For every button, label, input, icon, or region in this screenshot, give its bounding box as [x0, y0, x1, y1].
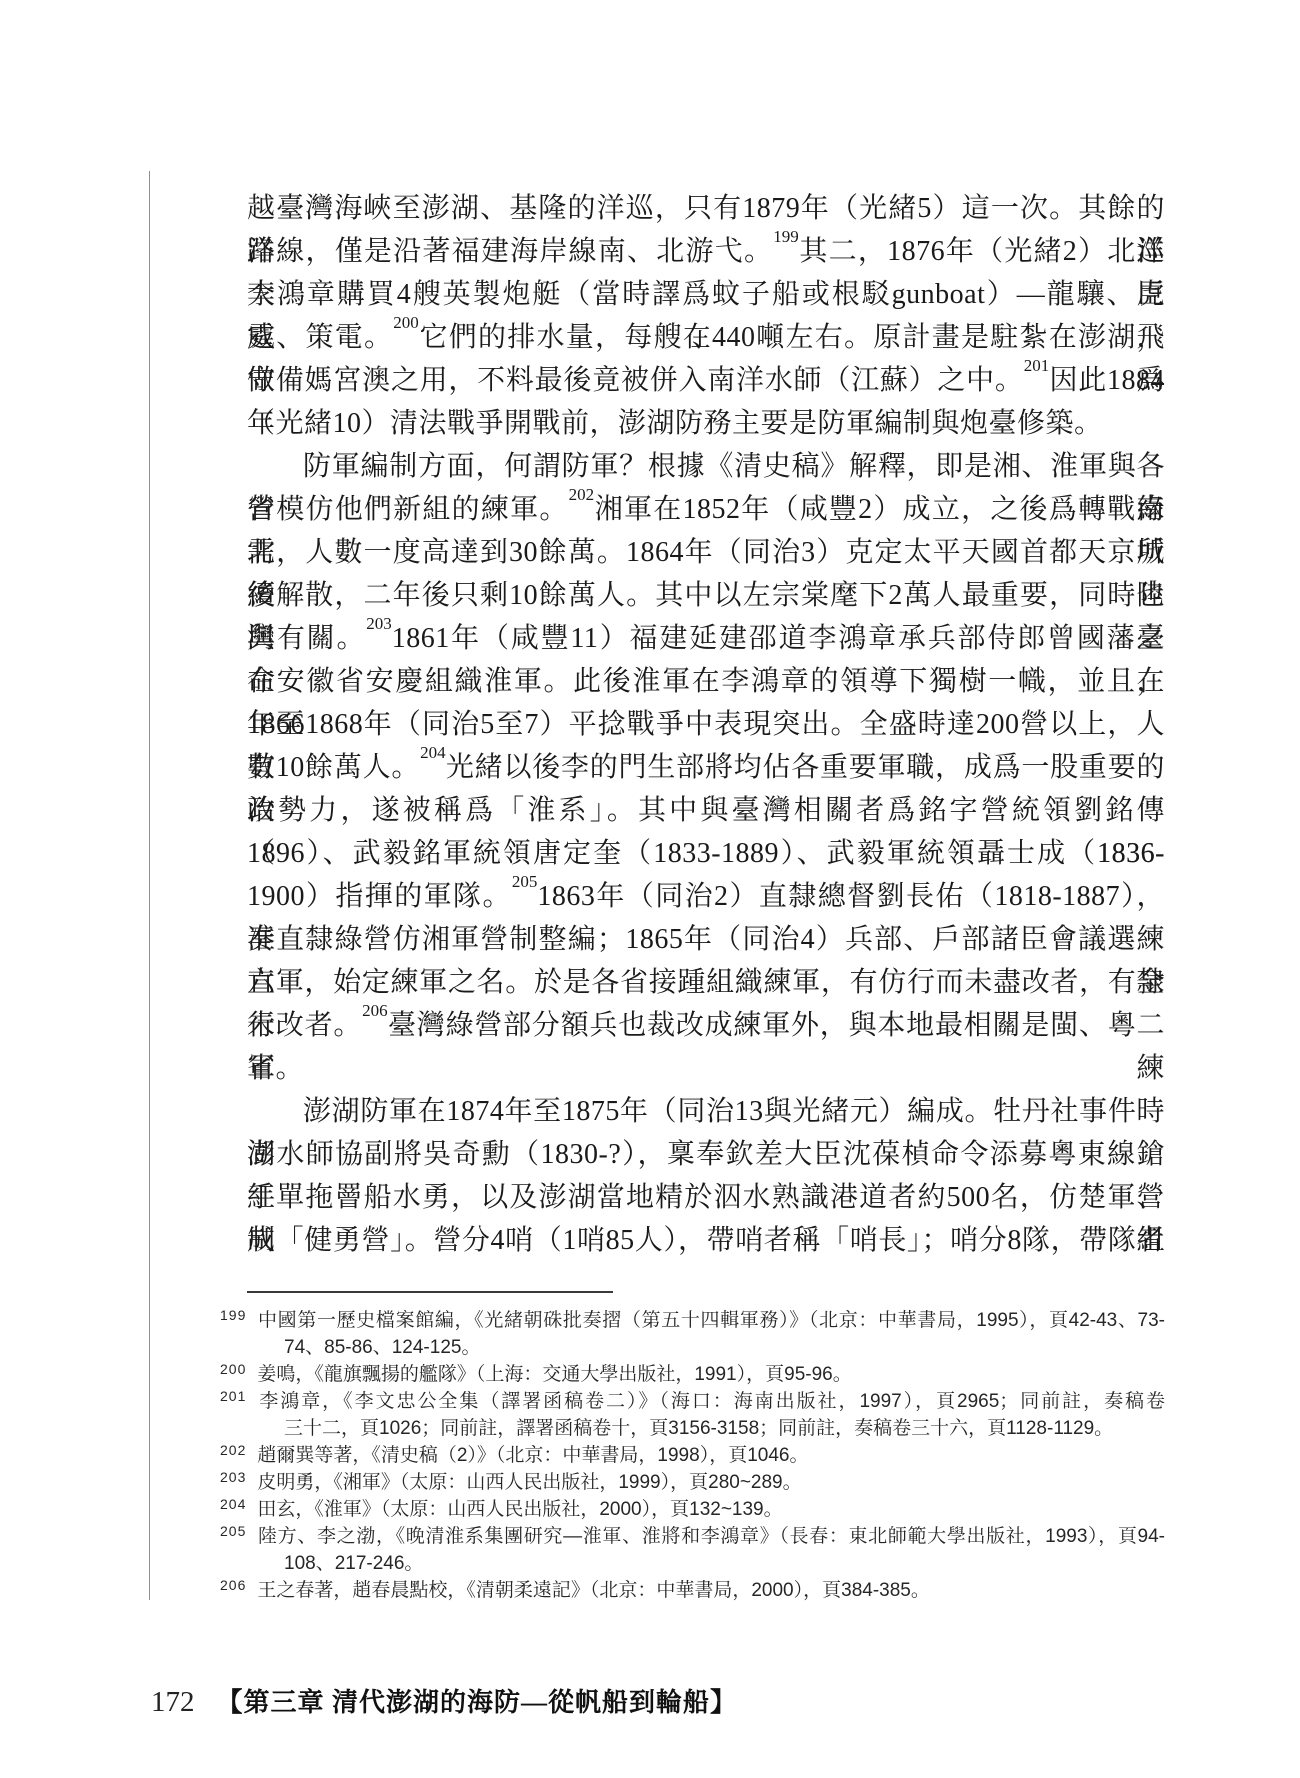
- chapter-title: 【第三章 清代澎湖的海防—從帆船到輪船】: [217, 1688, 738, 1717]
- footnote-ref-203: 203: [366, 614, 392, 633]
- body-line-25: 成「健勇營」。營分4哨（1哨85人），帶哨者稱「哨長」；哨分8隊，帶隊者: [247, 1219, 1165, 1262]
- body-text-segment: 1900）指揮的軍隊。: [247, 881, 512, 912]
- body-line-1: 越臺灣海峽至澎湖、基隆的洋巡，只有1879年（光緒5）這一次。其餘的洋巡: [247, 187, 1165, 230]
- footnote-ref-204: 204: [420, 743, 446, 762]
- body-line-13: 年至1868年（同治5至7）平捻戰爭中表現突出。全盛時達200營以上，人數: [247, 703, 1165, 746]
- body-line-8: 營模仿他們新組的練軍。202湘軍在1852年（咸豐2）成立，之後爲轉戰南北所: [247, 488, 1165, 531]
- footnote-203: 203皮明勇，《湘軍》（太原：山西人民出版社，1999），頁280~289。: [220, 1469, 1165, 1496]
- body-line-14: 有10餘萬人。204光緒以後李的門生部將均佔各重要軍職，成爲一股重要的政: [247, 746, 1165, 789]
- footnote-text: 趙爾巽等著，《清史稿（2）》（北京：中華書局，1998），頁1046。: [257, 1445, 808, 1466]
- footnote-202: 202趙爾巽等著，《清史稿（2）》（北京：中華書局，1998），頁1046。: [220, 1442, 1165, 1469]
- footnote-separator: [247, 1291, 613, 1293]
- footnote-text: 田玄，《淮軍》（太原：山西人民出版社，2000），頁132~139。: [257, 1499, 782, 1520]
- body-line-11: 灣有關。2031861年（咸豐11）福建延建邵道李鴻章承兵部侍郎曾國藩之命，: [247, 617, 1165, 660]
- footnote-number-202: 202: [220, 1442, 246, 1458]
- footnote-number-206: 206: [220, 1577, 246, 1593]
- body-line-6: （光緒10）清法戰爭開戰前，澎湖防務主要是防軍編制與炮臺修築。: [247, 402, 1165, 445]
- body-text-segment: 有10餘萬人。: [247, 752, 420, 783]
- body-text-segment: 霆、策電。: [247, 322, 393, 353]
- body-text-segment: 未改者。: [247, 1010, 362, 1041]
- footnote-text: 74、85-86、124-125。: [284, 1337, 480, 1358]
- footnote-number-203: 203: [220, 1469, 246, 1485]
- page-number: 172: [151, 1686, 195, 1718]
- footnote-ref-205: 205: [512, 872, 538, 891]
- footnote-text: 陸方、李之渤，《晚清淮系集團研究—淮軍、淮將和李鴻章》（長春：東北師範大學出版社…: [257, 1526, 1165, 1547]
- body-line-24: 紅單拖罾船水勇，以及澎湖當地精於泅水熟識港道者約500名，仿楚軍營制組: [247, 1176, 1165, 1219]
- footnote-199-line-1: 199中國第一歷史檔案館編，《光緒朝硃批奏摺（第五十四輯軍務）》（北京：中華書局…: [284, 1307, 1165, 1334]
- body-line-20: 未改者。206臺灣綠營部分額兵也裁改成練軍外，與本地最相關是閩、粵二省練: [247, 1004, 1165, 1047]
- body-line-12: 在安徽省安慶組織淮軍。此後淮軍在李鴻章的領導下獨樹一幟，並且在1866: [247, 660, 1165, 703]
- body-line-5: 守備媽宮澳之用，不料最後竟被併入南洋水師（江蘇）之中。201因此1884年: [247, 359, 1165, 402]
- body-text-segment: 路線，僅是沿著福建海岸線南、北游弋。: [247, 236, 773, 267]
- footnote-text: 三十二，頁1026；同前註，譯署函稿卷十，頁3156-3158；同前註，奏稿卷三…: [284, 1418, 1113, 1439]
- footnote-text: 皮明勇，《湘軍》（太原：山西人民出版社，1999），頁280~289。: [257, 1472, 801, 1493]
- footnote-199: 199中國第一歷史檔案館編，《光緒朝硃批奏摺（第五十四輯軍務）》（北京：中華書局…: [220, 1307, 1165, 1361]
- footnote-text: 姜鳴，《龍旗飄揚的艦隊》（上海：交通大學出版社，1991），頁95-96。: [257, 1364, 851, 1385]
- footnote-number-201: 201: [220, 1388, 246, 1404]
- body-text-segment: 成「健勇營」。營分4哨（1哨85人），帶哨者稱「哨長」；哨分8隊，帶隊者: [247, 1225, 1165, 1256]
- margin-rule: [149, 171, 150, 1600]
- footnote-202-line-1: 202趙爾巽等著，《清史稿（2）》（北京：中華書局，1998），頁1046。: [284, 1442, 1165, 1469]
- footnote-number-205: 205: [220, 1523, 246, 1539]
- page-footer: 172 【第三章 清代澎湖的海防—從帆船到輪船】: [151, 1682, 737, 1719]
- body-line-2: 路線，僅是沿著福建海岸線南、北游弋。199其二，1876年（光緒2）北洋大臣: [247, 230, 1165, 273]
- footnote-ref-202: 202: [569, 485, 595, 504]
- footnotes: 199中國第一歷史檔案館編，《光緒朝硃批奏摺（第五十四輯軍務）》（北京：中華書局…: [220, 1307, 1165, 1604]
- footnote-205-line-1: 205陸方、李之渤，《晚清淮系集團研究—淮軍、淮將和李鴻章》（長春：東北師範大學…: [284, 1523, 1165, 1550]
- footnote-203-line-1: 203皮明勇，《湘軍》（太原：山西人民出版社，1999），頁280~289。: [284, 1469, 1165, 1496]
- footnote-201-line-1: 201李鴻章，《李文忠公全集（譯署函稿卷二）》（海口：海南出版社，1997），頁…: [284, 1388, 1165, 1415]
- footnote-206: 206王之春著，趙春晨點校，《清朝柔遠記》（北京：中華書局，2000），頁384…: [220, 1577, 1165, 1604]
- footnote-205-line-2: 108、217-246。: [284, 1550, 1165, 1577]
- body-text: 越臺灣海峽至澎湖、基隆的洋巡，只有1879年（光緒5）這一次。其餘的洋巡路線，僅…: [247, 187, 1165, 1262]
- body-line-4: 霆、策電。200它們的排水量，每艘在440噸左右。原計畫是駐紮在澎湖，做爲: [247, 316, 1165, 359]
- body-text-segment: （光緒10）清法戰爭開戰前，澎湖防務主要是防軍編制與炮臺修築。: [247, 408, 1103, 439]
- footnote-204: 204田玄，《淮軍》（太原：山西人民出版社，2000），頁132~139。: [220, 1496, 1165, 1523]
- footnote-number-199: 199: [220, 1307, 246, 1323]
- footnote-ref-201: 201: [1024, 356, 1050, 375]
- body-line-22: 澎湖防軍在1874年至1875年（同治13與光緒元）編成。牡丹社事件時澎: [247, 1090, 1165, 1133]
- footnote-number-200: 200: [220, 1361, 246, 1377]
- body-text-segment: 灣有關。: [247, 623, 366, 654]
- footnote-205: 205陸方、李之渤，《晚清淮系集團研究—淮軍、淮將和李鴻章》（長春：東北師範大學…: [220, 1523, 1165, 1577]
- body-line-9: 需，人數一度高達到30餘萬。1864年（同治3）克定太平天國首都天京城後陸: [247, 531, 1165, 574]
- body-line-10: 續解散，二年後只剩10餘萬人。其中以左宗棠麾下2萬人最重要，同時也與臺: [247, 574, 1165, 617]
- footnote-201-line-2: 三十二，頁1026；同前註，譯署函稿卷十，頁3156-3158；同前註，奏稿卷三…: [284, 1415, 1165, 1442]
- footnote-199-line-2: 74、85-86、124-125。: [284, 1334, 1165, 1361]
- body-text-segment: 軍。: [247, 1053, 304, 1084]
- footnote-206-line-1: 206王之春著，趙春晨點校，《清朝柔遠記》（北京：中華書局，2000），頁384…: [284, 1577, 1165, 1604]
- footnote-text: 中國第一歷史檔案館編，《光緒朝硃批奏摺（第五十四輯軍務）》（北京：中華書局，19…: [257, 1310, 1165, 1331]
- body-text-segment: 臺灣綠營部分額兵也裁改成練軍外，與本地最相關是閩、粵二省練: [247, 1010, 1165, 1084]
- footnote-text: 王之春著，趙春晨點校，《清朝柔遠記》（北京：中華書局，2000），頁384-38…: [257, 1580, 930, 1601]
- body-line-17: 1900）指揮的軍隊。2051863年（同治2）直隸總督劉長佑（1818-188…: [247, 875, 1165, 918]
- book-page: 越臺灣海峽至澎湖、基隆的洋巡，只有1879年（光緒5）這一次。其餘的洋巡路線，僅…: [0, 0, 1300, 1778]
- body-line-7: 防軍編制方面，何謂防軍？根據《清史稿》解釋，即是湘、淮軍與各省綠: [247, 445, 1165, 488]
- footnote-200: 200姜鳴，《龍旗飄揚的艦隊》（上海：交通大學出版社，1991），頁95-96。: [220, 1361, 1165, 1388]
- footnote-204-line-1: 204田玄，《淮軍》（太原：山西人民出版社，2000），頁132~139。: [284, 1496, 1165, 1523]
- body-text-segment: 守備媽宮澳之用，不料最後竟被併入南洋水師（江蘇）之中。: [247, 365, 1024, 396]
- footnote-201: 201李鴻章，《李文忠公全集（譯署函稿卷二）》（海口：海南出版社，1997），頁…: [220, 1388, 1165, 1442]
- body-text-segment: 1896）、武毅銘軍統領唐定奎（1833-1889）、武毅軍統領聶士成（1836…: [247, 838, 1165, 869]
- body-line-16: 1896）、武毅銘軍統領唐定奎（1833-1889）、武毅軍統領聶士成（1836…: [247, 832, 1165, 875]
- footnote-ref-200: 200: [393, 313, 419, 332]
- footnote-ref-206: 206: [362, 1001, 388, 1020]
- body-line-18: 准直隸綠營仿湘軍營制整編；1865年（同治4）兵部、戶部諸臣會議選練直隸: [247, 918, 1165, 961]
- footnote-200-line-1: 200姜鳴，《龍旗飄揚的艦隊》（上海：交通大學出版社，1991），頁95-96。: [284, 1361, 1165, 1388]
- body-line-23: 湖水師協副將吳奇勳（1830-?），稟奉欽差大臣沈葆楨命令添募粵東線鎗手、: [247, 1133, 1165, 1176]
- body-text-segment: 營模仿他們新組的練軍。: [247, 494, 569, 525]
- footnote-text: 108、217-246。: [284, 1553, 423, 1574]
- body-line-15: 治勢力，遂被稱爲「淮系」。其中與臺灣相關者爲銘字營統領劉銘傳（1836-: [247, 789, 1165, 832]
- body-line-3: 李鴻章購買4艘英製炮艇（當時譯爲蚊子船或根駁gunboat）—龍驤、虎威、飛: [247, 273, 1165, 316]
- footnote-number-204: 204: [220, 1496, 246, 1512]
- footnote-ref-199: 199: [773, 227, 799, 246]
- body-line-19: 六軍，始定練軍之名。於是各省接踵組織練軍，有仿行而未盡改者，有全行: [247, 961, 1165, 1004]
- footnote-text: 李鴻章，《李文忠公全集（譯署函稿卷二）》（海口：海南出版社，1997），頁296…: [257, 1391, 1165, 1412]
